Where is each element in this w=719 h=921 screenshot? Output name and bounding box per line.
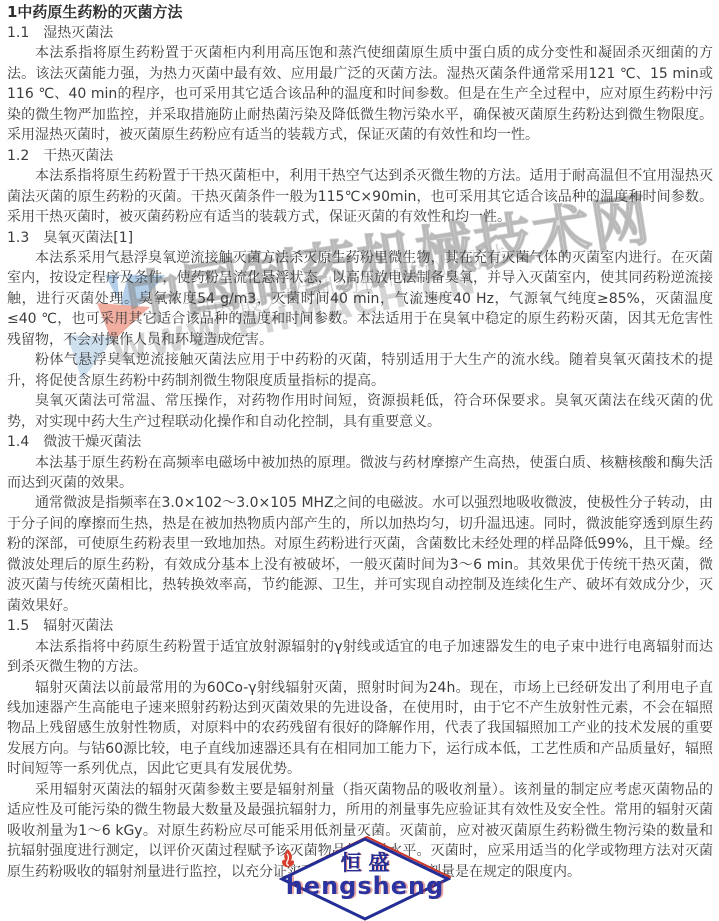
paragraph: 本法系指将原生药粉置于灭菌柜内利用高压饱和蒸汽使细菌原生质中蛋白质的成分变性和凝…: [7, 43, 713, 145]
section-heading-1-3: 1.3 臭氧灭菌法[1]: [7, 228, 713, 248]
section-heading-1-4: 1.4 微波干燥灭菌法: [7, 432, 713, 452]
article-content: 1中药原生药粉的灭菌方法 1.1 湿热灭菌法 本法系指将原生药粉置于灭菌柜内利用…: [0, 0, 719, 921]
paragraph: 本法系指将中药原生药粉置于适宜放射源辐射的γ射线或适宜的电子加速器发生的电子束中…: [7, 637, 713, 678]
paragraph: 本法基于原生药粉在高频率电磁场中被加热的原理。微波与药材摩擦产生高热，使蛋白质、…: [7, 453, 713, 494]
paragraph: 通常微波是指频率在3.0×102～3.0×105 MHZ之间的电磁波。水可以强烈…: [7, 493, 713, 616]
page-title: 1中药原生药粉的灭菌方法: [7, 2, 713, 23]
paragraph: 粉体气悬浮臭氧逆流接触灭菌法应用于中药粉的灭菌，特别适用于大生产的流水线。随着臭…: [7, 350, 713, 391]
paragraph: 臭氧灭菌法可常温、常压操作，对药物作用时间短，资源损耗低，符合环保要求。臭氧灭菌…: [7, 391, 713, 432]
section-heading-1-2: 1.2 干热灭菌法: [7, 146, 713, 166]
paragraph: 辐射灭菌法以前最常用的为60Co-γ射线辐射灭菌，照射时间为24h。现在，市场上…: [7, 678, 713, 780]
hengsheng-en-text: hengsheng: [279, 872, 451, 900]
section-heading-1-1: 1.1 湿热灭菌法: [7, 23, 713, 43]
flame-icon: [279, 847, 297, 871]
paragraph: 本法系采用气悬浮臭氧逆流接触灭菌方法杀灭原生药粉里微生物，其在充有灭菌气体的灭菌…: [7, 248, 713, 350]
article-page: 中国制药机械技术网 国内最大的制药机械行业网站 WWW.PHMACH.CN 1中…: [0, 0, 719, 921]
paragraph: 本法系指将原生药粉置于干热灭菌柜中，利用干热空气达到杀灭微生物的方法。适用于耐高…: [7, 166, 713, 227]
hengsheng-logo: 恒 盛 hengsheng: [279, 836, 451, 921]
section-heading-1-5: 1.5 辐射灭菌法: [7, 616, 713, 636]
